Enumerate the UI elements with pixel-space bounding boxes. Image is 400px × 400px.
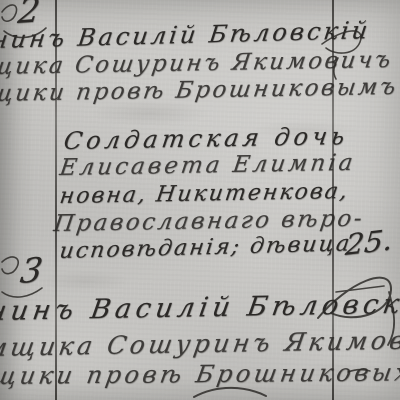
- handwriting-line-bride-5: исповѣданія; дѣвица: [58, 231, 353, 264]
- stain: [40, 270, 130, 292]
- handwriting-line-bride-2: Елисавета Елимпіа: [58, 150, 357, 181]
- cut-digit-loop-top: [2, 5, 17, 21]
- record-number-bottom: 3: [18, 250, 45, 292]
- handwriting-line-record-bottom-3: щики провѣ Брошниковыхъ: [0, 358, 400, 390]
- bottom-swash: [194, 388, 266, 397]
- handwriting-line-bride-3: новна, Никитенкова,: [58, 179, 351, 209]
- cut-digit-loop-bottom: [2, 257, 18, 274]
- handwriting-line-record-top-3: щики провѣ Брошниковымъ: [0, 74, 400, 107]
- handwriting-line-record-bottom-2: мщика Сошуринъ Якимовичъ: [0, 325, 400, 362]
- age-value: 25.: [344, 223, 394, 262]
- handwriting-line-record-bottom-1: нинъ Василій Бѣловскій: [0, 288, 400, 327]
- document-scan: 2 3 нинъ Василій Бѣловскій щика Сошуринъ…: [0, 0, 400, 400]
